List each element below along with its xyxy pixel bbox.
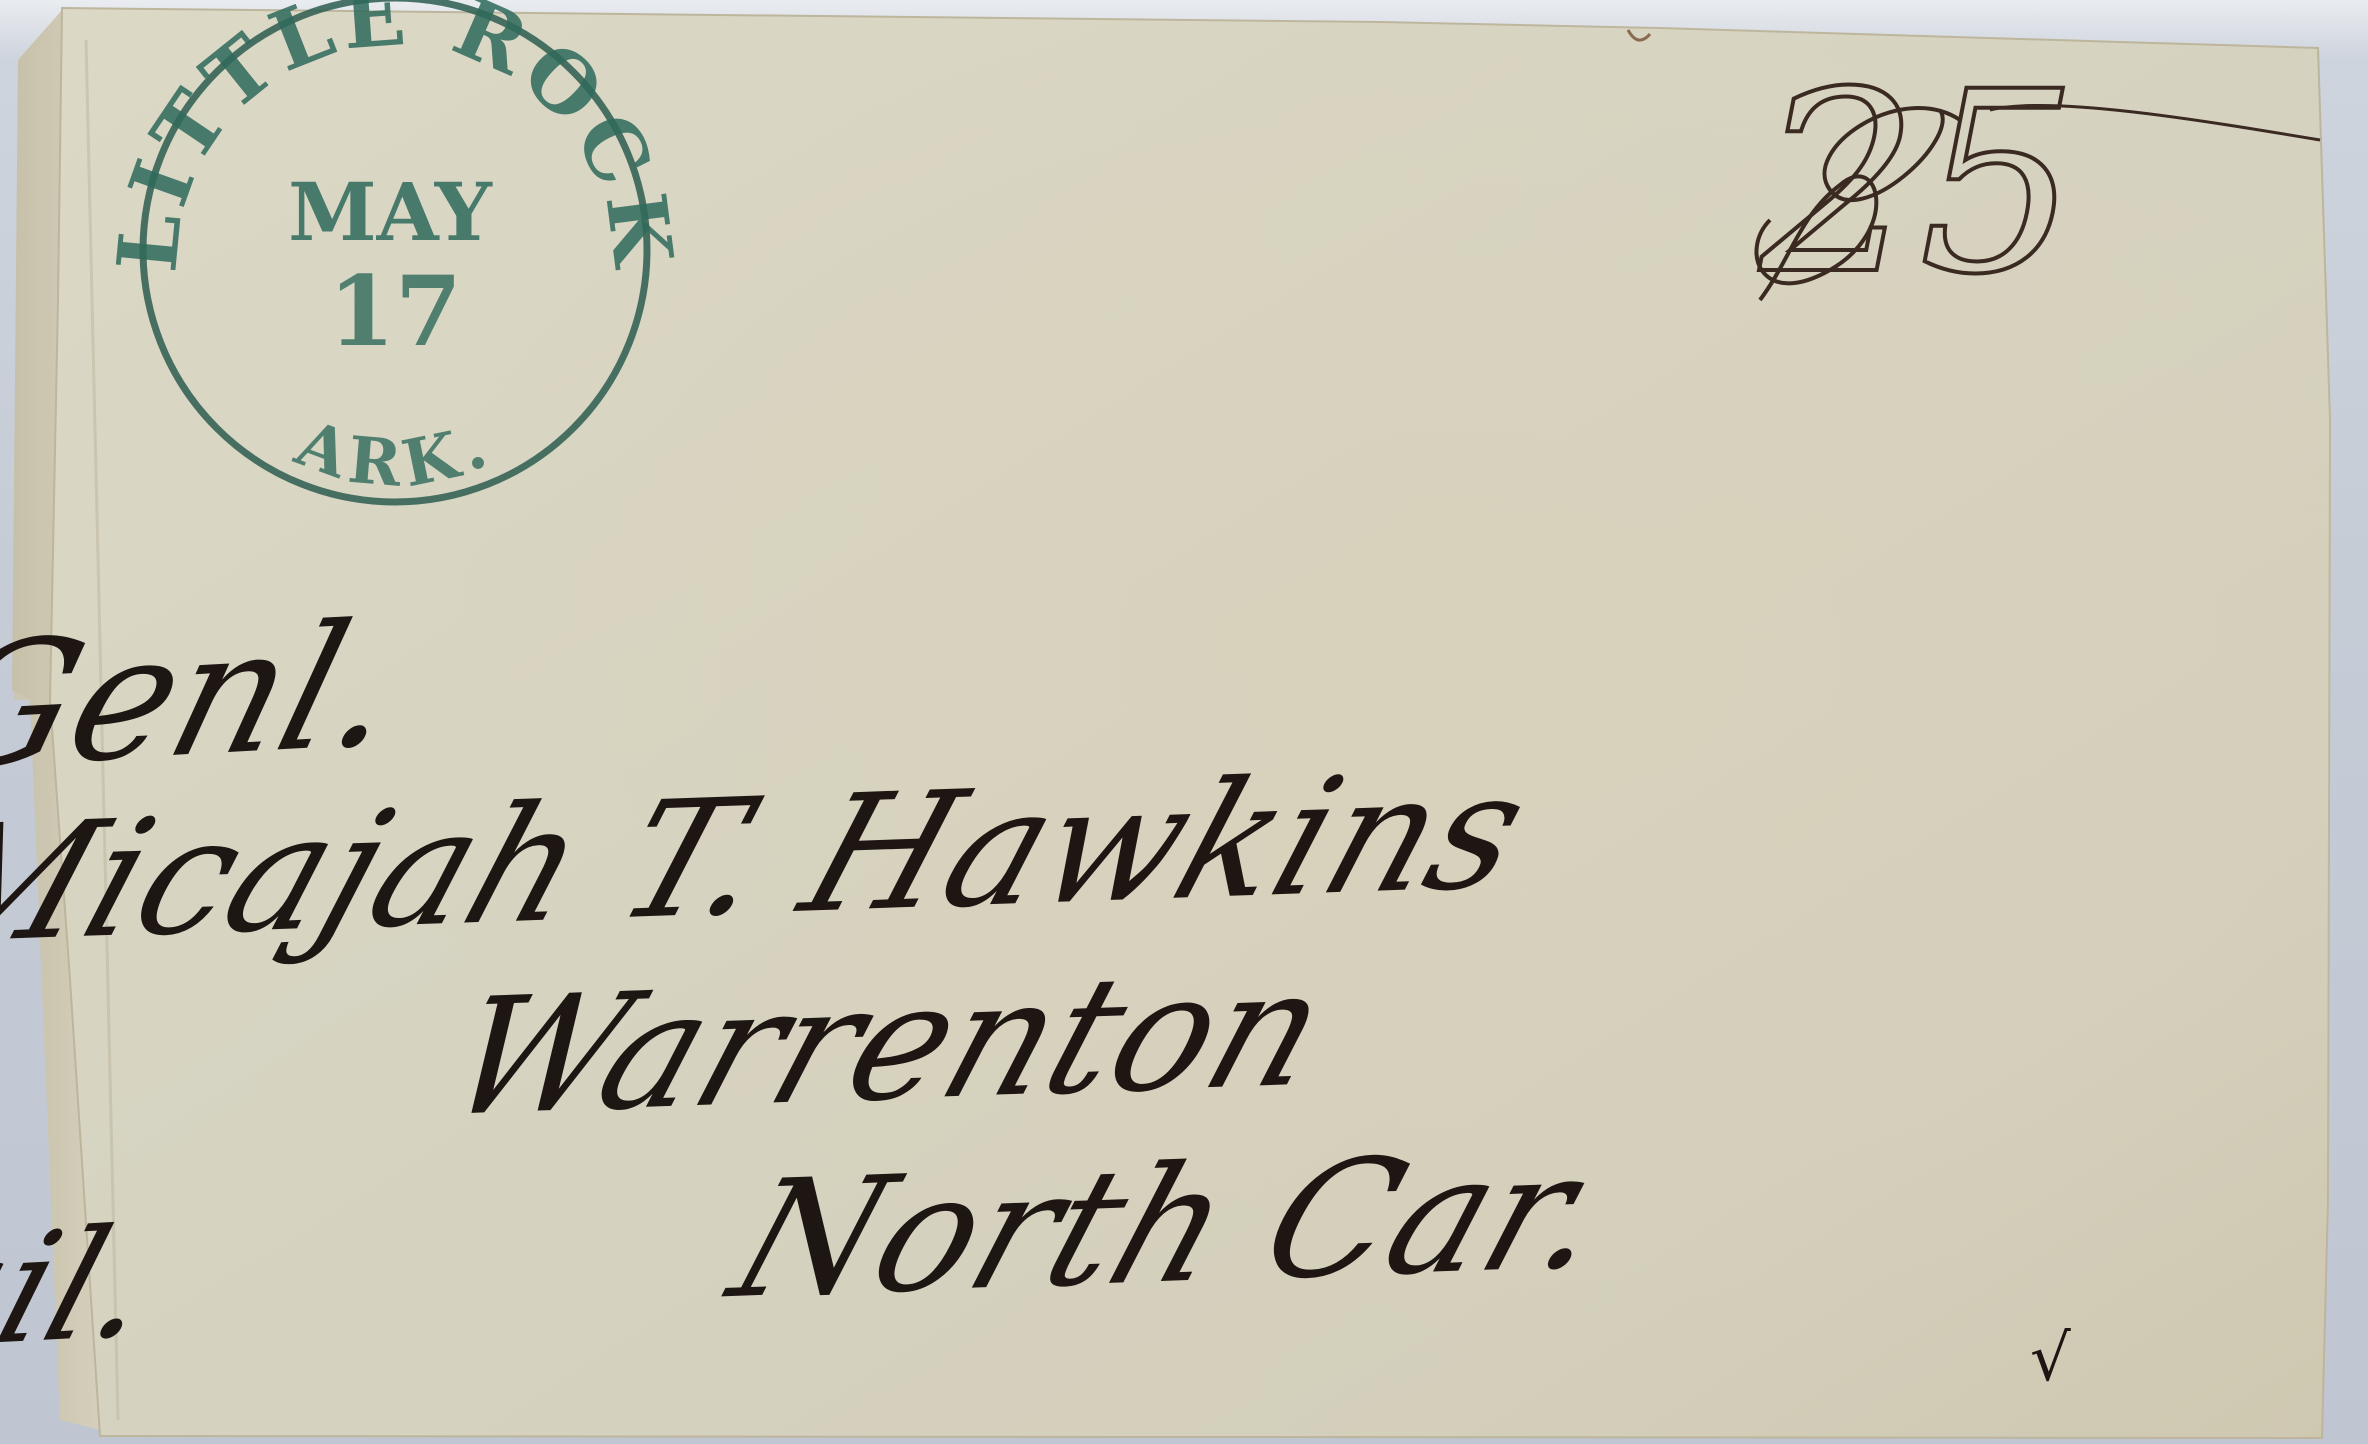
- photo-scene: LITTLE ROCK ARK. MAY 17 25 Genl. Micajah…: [0, 0, 2368, 1444]
- address-town: Warrenton: [427, 934, 1348, 1152]
- postmark-month: MAY: [288, 165, 493, 259]
- letter-cover: LITTLE ROCK ARK. MAY 17 25 Genl. Micajah…: [0, 0, 2368, 1444]
- postmark-day: 17: [328, 255, 462, 368]
- address-honorific: Genl.: [0, 585, 421, 810]
- check-mark: √: [2030, 1322, 2071, 1396]
- rate-value: 25: [1759, 38, 2078, 329]
- address-state: North Car.: [708, 1116, 1631, 1334]
